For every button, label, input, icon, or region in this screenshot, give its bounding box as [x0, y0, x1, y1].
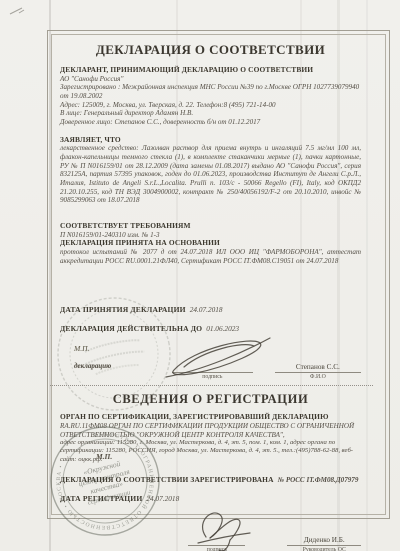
adoption-date-value: 24.07.2018	[190, 305, 223, 314]
adoption-date-line: ДАТА ПРИНЯТИЯ ДЕКЛАРАЦИИ 24.07.2018	[60, 299, 361, 317]
seal-place-declarant: М.П. декларацию	[60, 342, 134, 380]
certification-body-heading: ОРГАН ПО СЕРТИФИКАЦИИ, ЗАРЕГИСТРИРОВАВШИ…	[60, 413, 361, 422]
handwritten-signature	[164, 334, 274, 378]
registration-title: СВЕДЕНИЯ О РЕГИСТРАЦИИ	[60, 392, 361, 407]
registrar-role-caption: Руководитель ОС	[287, 546, 361, 551]
name-caption: Ф.И.О	[275, 373, 361, 380]
registration-date-line: ДАТА РЕГИСТРАЦИИ 24.07.2018	[60, 488, 361, 506]
declarant-proxy: Доверенное лицо: Степанов С.С., доверенн…	[60, 118, 361, 127]
signature-line	[172, 348, 253, 373]
signature-block-registrar: подпись Диденко И.Б. Руководитель ОС	[60, 513, 361, 551]
name-field: Степанов С.С. Ф.И.О	[275, 342, 361, 380]
conformity-section: СООТВЕТСТВУЕТ ТРЕБОВАНИЯМ П N016159/01-2…	[60, 222, 361, 265]
valid-until-line: ДЕКЛАРАЦИЯ ДЕЙСТВИТЕЛЬНА ДО 01.06.2023	[60, 318, 361, 336]
name-field-2: Диденко И.Б. Руководитель ОС	[287, 513, 361, 551]
signature-caption-2: подпись	[188, 546, 245, 551]
dates-section: ДАТА ПРИНЯТИЯ ДЕКЛАРАЦИИ 24.07.2018 ДЕКЛ…	[60, 299, 361, 336]
declarant-address: Адрес: 125009, г. Москва, ул. Тверская, …	[60, 101, 361, 110]
signature-line-2	[188, 521, 245, 546]
signer-name: Степанов С.С.	[275, 347, 361, 373]
signature-field: подпись	[172, 342, 253, 380]
conformity-heading: СООТВЕТСТВУЕТ ТРЕБОВАНИЯМ	[60, 222, 361, 231]
declares-heading: ЗАЯВЛЯЕТ, ЧТО	[60, 136, 361, 145]
declares-section: ЗАЯВЛЯЕТ, ЧТО лекарственное средство: Ла…	[60, 136, 361, 205]
document-title: ДЕКЛАРАЦИЯ О СООТВЕТСТВИИ	[60, 42, 361, 58]
declarant-name: АО "Санофи Россия"	[60, 75, 361, 84]
signature-caption: подпись	[172, 373, 253, 380]
mp-label-registrar: М.П.	[96, 452, 112, 461]
product-description: лекарственное средство: Лазолван раствор…	[60, 144, 361, 204]
registered-number-line: ДЕКЛАРАЦИЯ О СООТВЕТСТВИИ ЗАРЕГИСТРИРОВА…	[60, 469, 361, 487]
basis-heading: ДЕКЛАРАЦИЯ ПРИНЯТА НА ОСНОВАНИИ	[60, 239, 361, 248]
handwritten-signature-2	[190, 507, 256, 551]
declarant-heading: ДЕКЛАРАНТ, ПРИНИМАЮЩИЙ ДЕКЛАРАЦИЮ О СООТ…	[60, 66, 361, 75]
registration-date-label: ДАТА РЕГИСТРАЦИИ	[60, 494, 142, 503]
document-content: ДЕКЛАРАЦИЯ О СООТВЕТСТВИИ ДЕКЛАРАНТ, ПРИ…	[60, 38, 361, 551]
valid-until-value: 01.06.2023	[206, 324, 239, 333]
scan-noise-mark	[8, 5, 30, 17]
registered-label: ДЕКЛАРАЦИЯ О СООТВЕТСТВИИ ЗАРЕГИСТРИРОВА…	[60, 475, 274, 484]
document-page: ДЕКЛАРАЦИЯ О СООТВЕТСТВИИ ДЕКЛАРАНТ, ПРИ…	[0, 0, 400, 551]
seal-place-registrar	[60, 513, 126, 551]
registered-number: № РОСС IT.ФМ08.Д07979	[278, 476, 359, 484]
certification-body-name: RA.RU.11ФМ08 ОРГАН ПО СЕРТИФИКАЦИИ ПРОДУ…	[60, 422, 361, 439]
signature-field-2: подпись	[188, 513, 245, 551]
registration-date-value: 24.07.2018	[146, 494, 179, 503]
mp-label: М.П.	[74, 344, 134, 353]
adoption-date-label: ДАТА ПРИНЯТИЯ ДЕКЛАРАЦИИ	[60, 305, 186, 314]
declarant-section: ДЕКЛАРАНТ, ПРИНИМАЮЩИЙ ДЕКЛАРАЦИЮ О СООТ…	[60, 66, 361, 127]
valid-until-label: ДЕКЛАРАЦИЯ ДЕЙСТВИТЕЛЬНА ДО	[60, 324, 202, 333]
signature-block-declarant: М.П. декларацию подпись	[60, 342, 361, 380]
section-divider	[50, 385, 373, 386]
stamp-caption: декларацию	[74, 362, 134, 370]
document-border-frame: ДЕКЛАРАЦИЯ О СООТВЕТСТВИИ ДЕКЛАРАНТ, ПРИ…	[47, 30, 390, 519]
registrar-name: Диденко И.Б.	[287, 520, 361, 546]
basis-text: протокол испытаний № 2077 д от 24.07.201…	[60, 248, 361, 265]
declarant-registration: Зарегистрировано : Межрайонная инспекция…	[60, 83, 361, 100]
declarant-represented-by: В лице: Генеральный директор Адамян Н.В.	[60, 109, 361, 118]
